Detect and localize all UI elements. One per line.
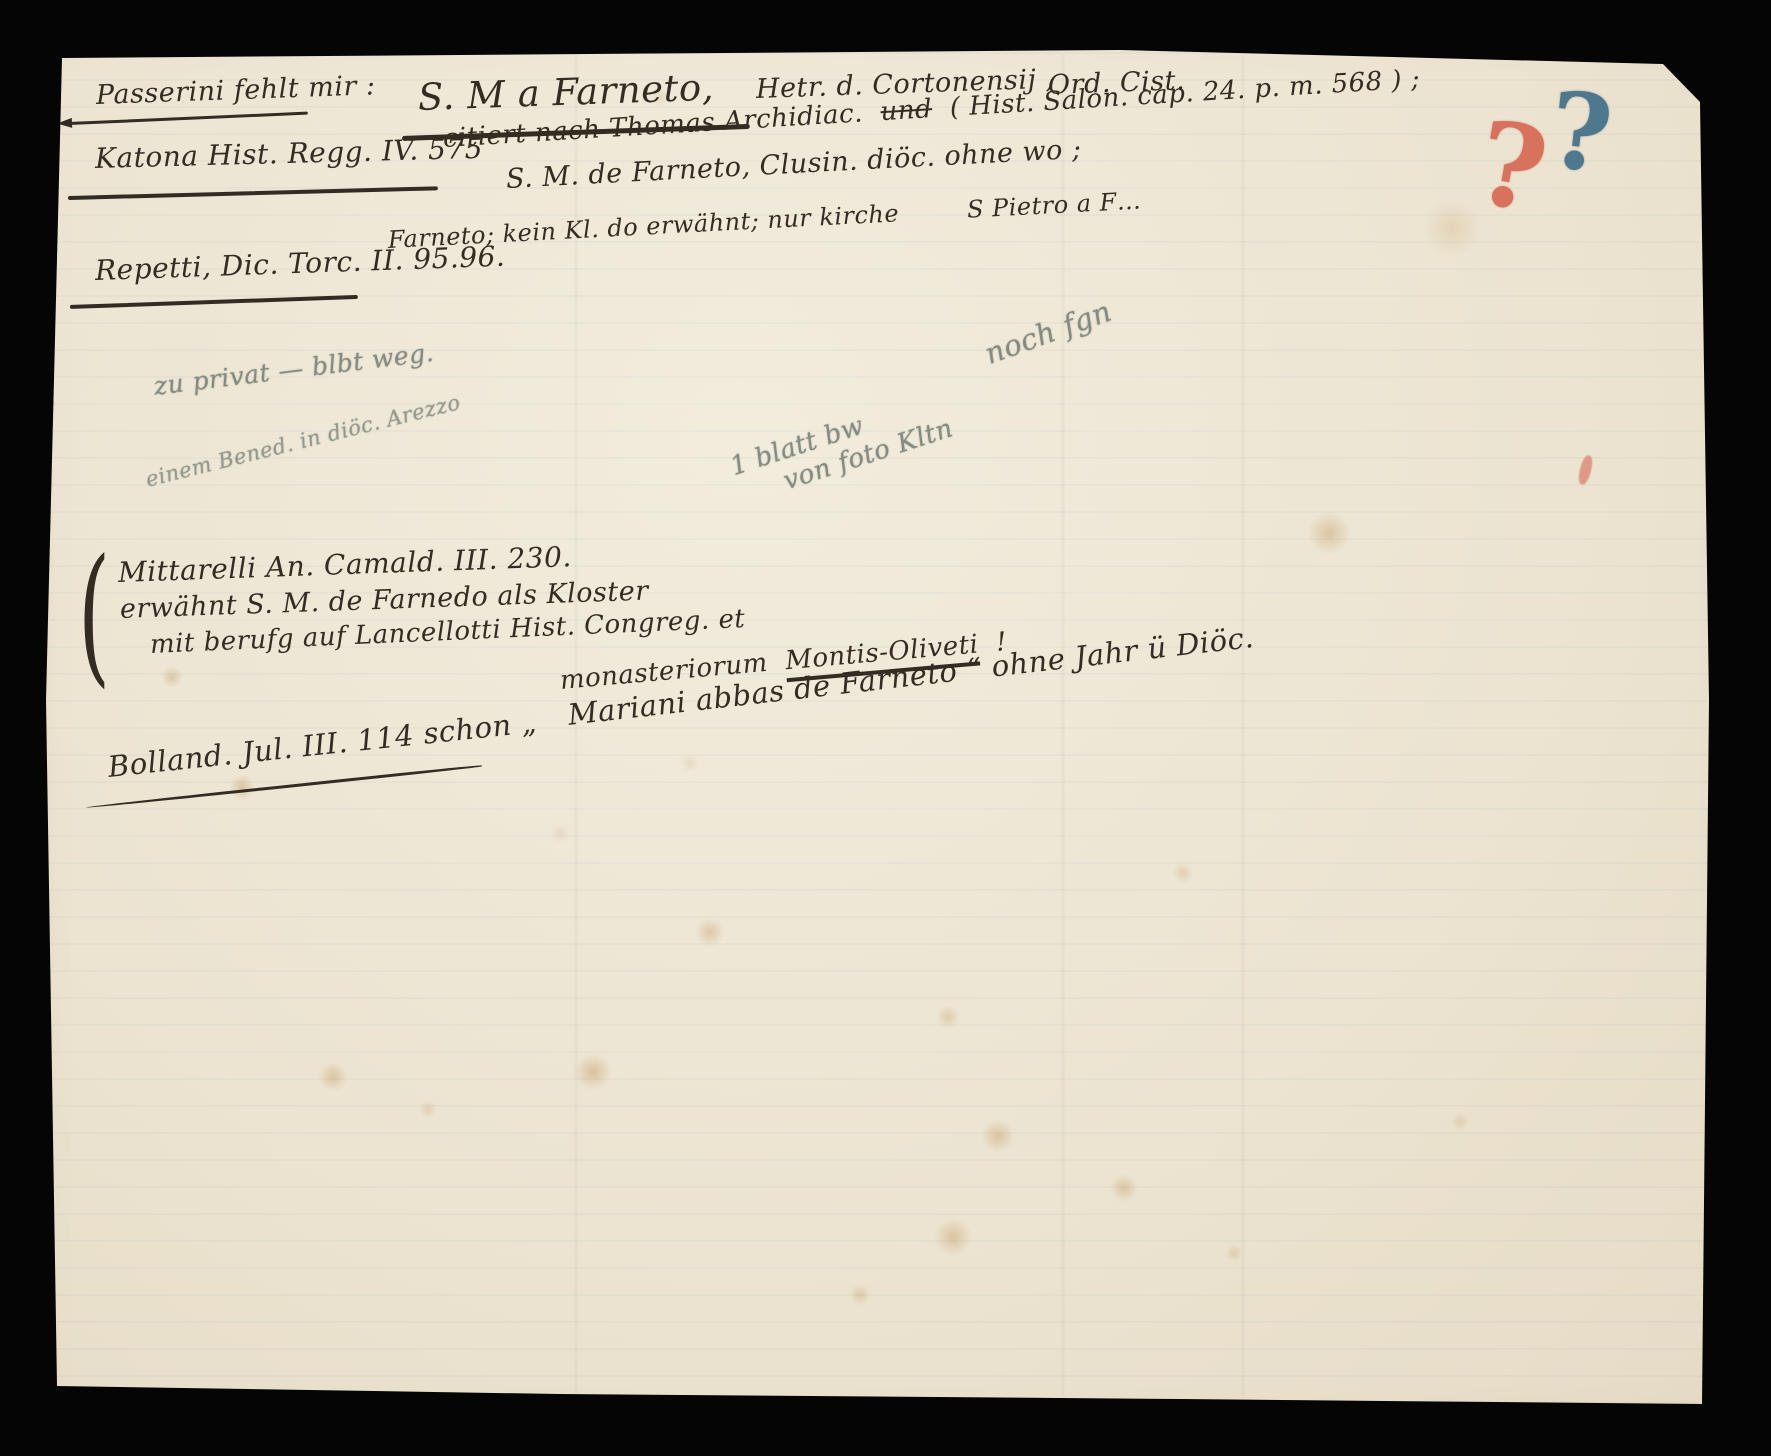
note-card-paper: Passerini fehlt mir : S. M a Farneto, He… [0,0,1771,1456]
scanned-document-scene: Passerini fehlt mir : S. M a Farneto, He… [0,0,1771,1456]
paper-edge-shading [0,0,1771,1456]
